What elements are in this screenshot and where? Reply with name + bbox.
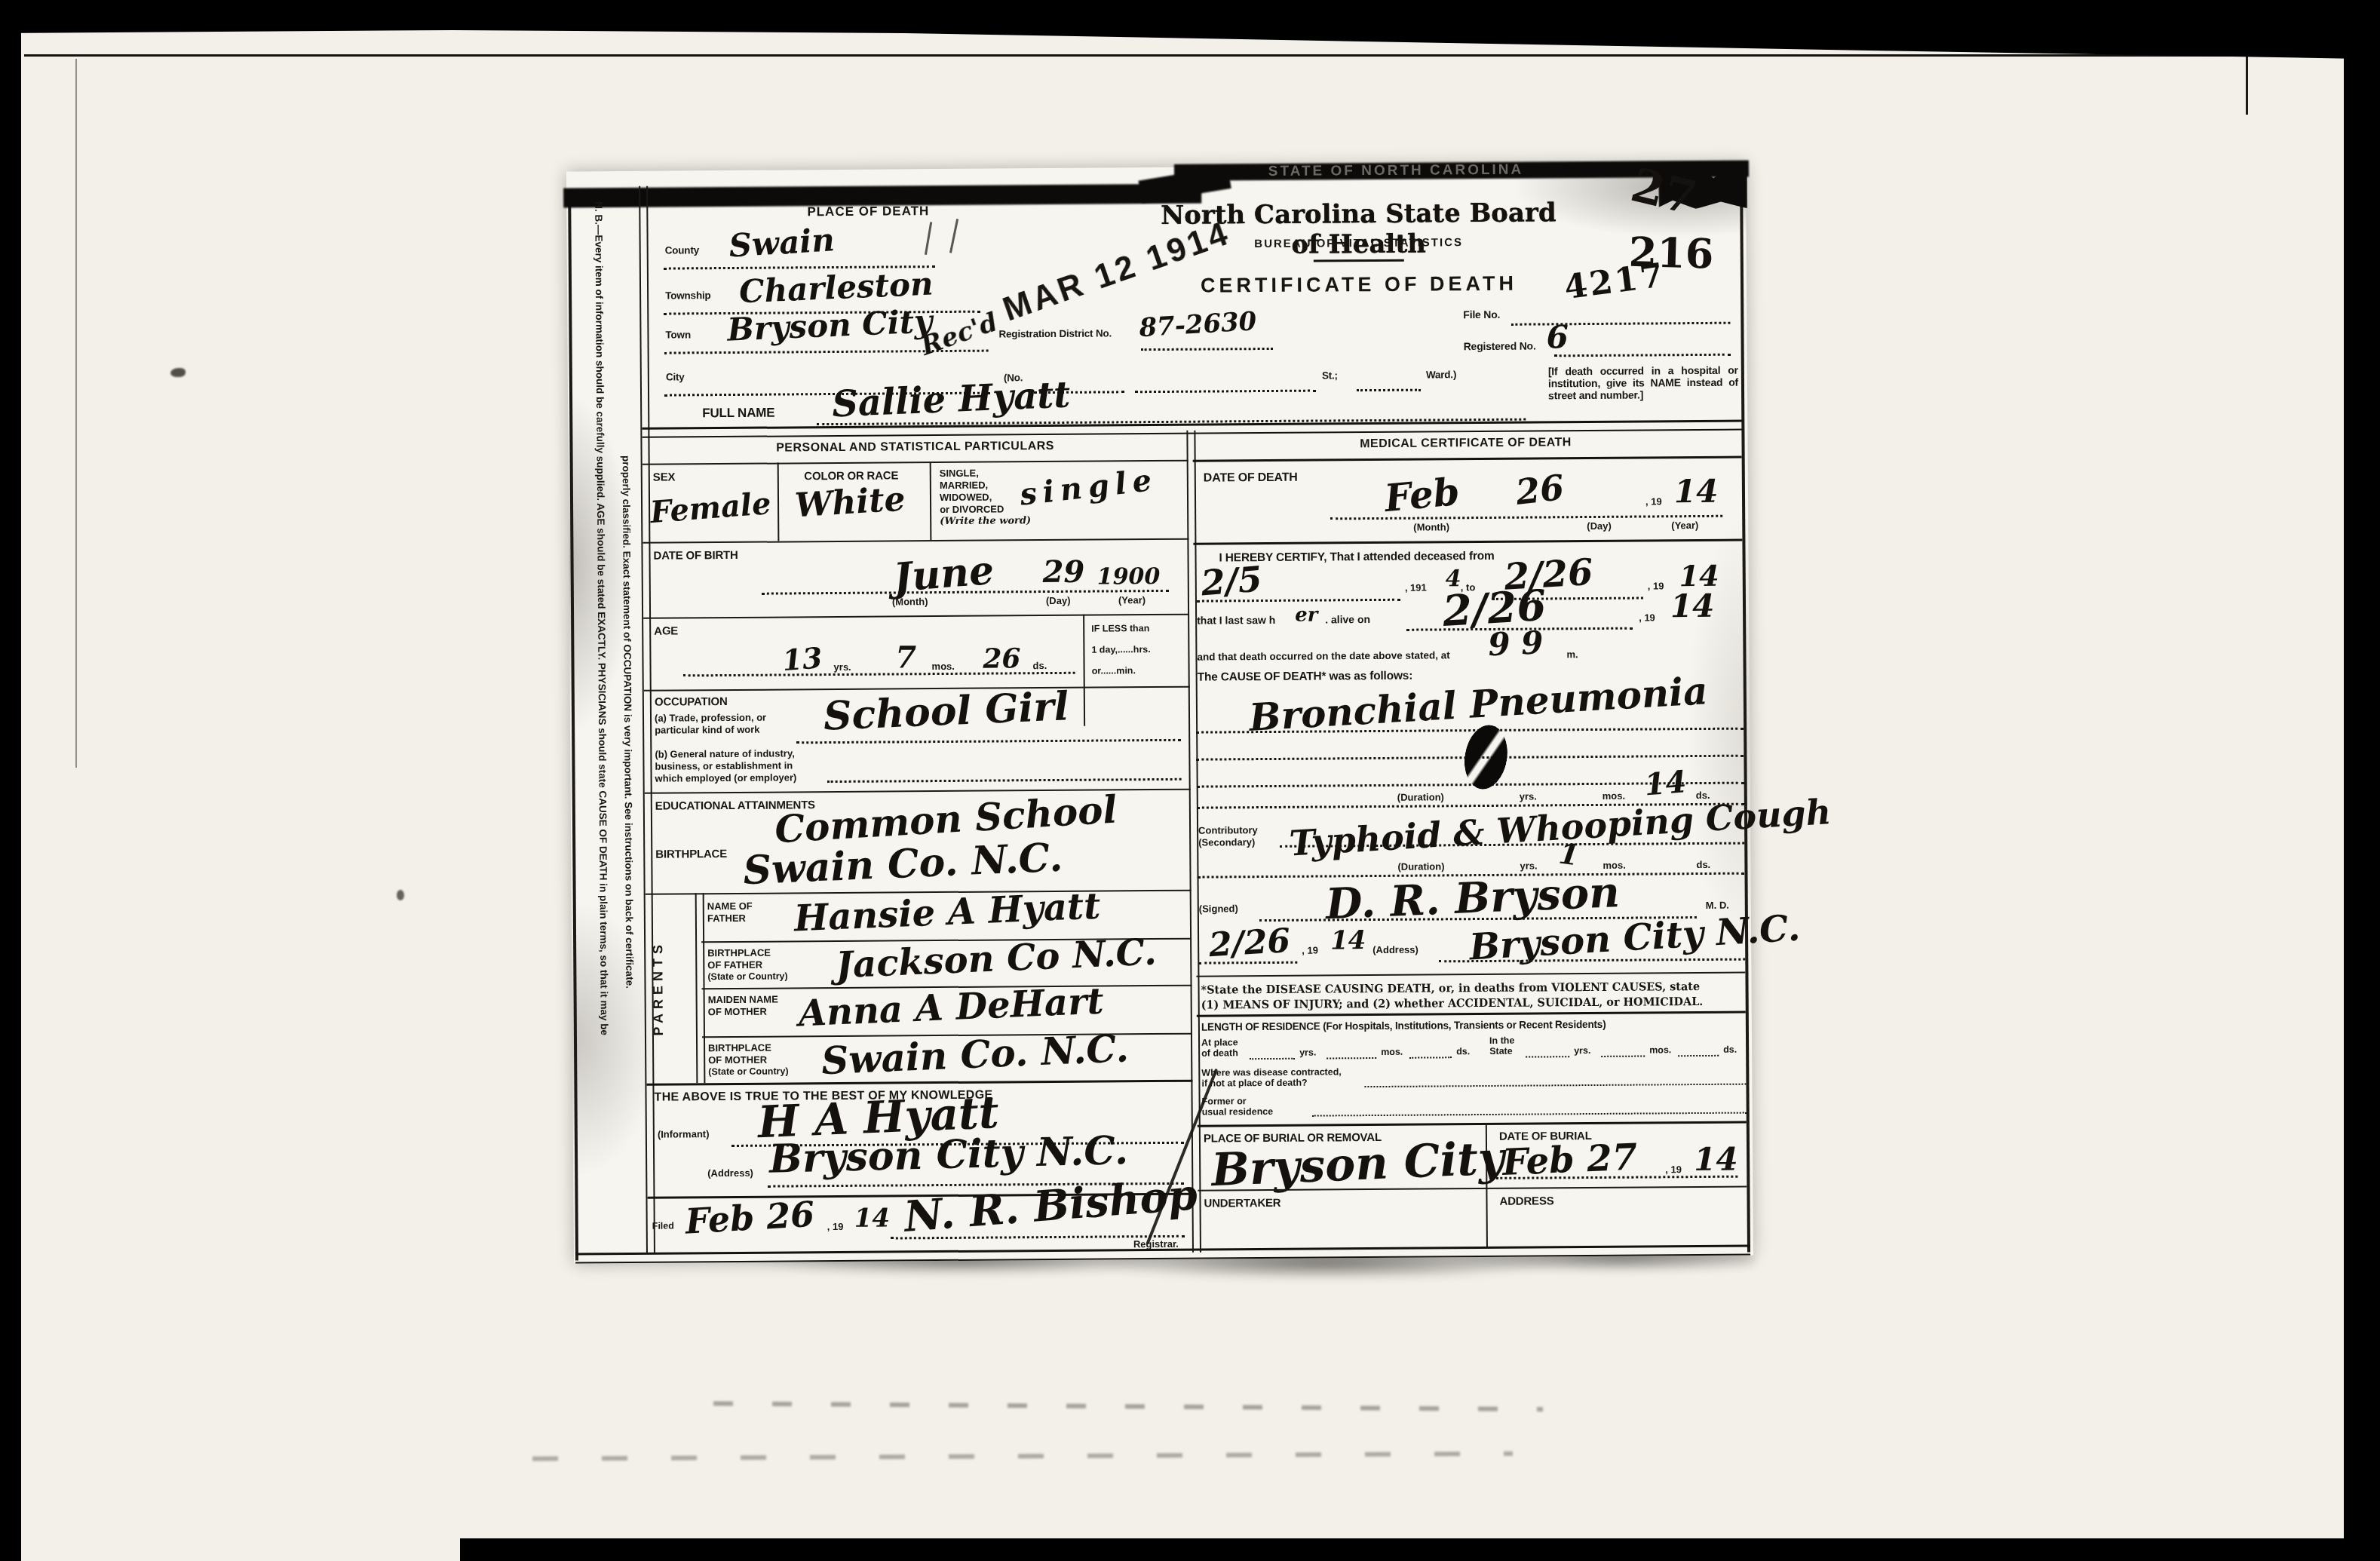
attended-from-value: 2/5 — [1200, 561, 1263, 600]
county-label: County — [665, 244, 699, 256]
signed-address-label: (Address) — [1372, 944, 1418, 955]
parents-label: PARENTS — [650, 893, 697, 1083]
signed-label: (Signed) — [1199, 903, 1238, 914]
ink-speck — [170, 368, 186, 377]
father-name-value: Hansie A Hyatt — [793, 888, 1101, 937]
age-yrs-label: yrs. — [834, 661, 851, 673]
occupation-label: OCCUPATION — [655, 695, 728, 709]
personal-box-top — [643, 460, 1188, 465]
parents-box-bottom — [646, 1080, 1192, 1086]
signed-year-prefix: , 19 — [1302, 945, 1318, 956]
sex-cell-divider — [777, 463, 780, 541]
dob-day: 29 — [1043, 557, 1085, 587]
burial-year-prefix: , 19 — [1665, 1164, 1682, 1175]
margin-note: N. B.—Every item of information should b… — [574, 201, 645, 1243]
occupation-a-line — [796, 739, 1181, 744]
marital-label-3: WIDOWED, — [940, 492, 992, 503]
mother-birthplace-value: Swain Co. N.C. — [820, 1029, 1129, 1080]
res-dots — [1601, 1056, 1645, 1057]
signed-section-line — [1196, 972, 1745, 977]
where-contracted-line — [1364, 1084, 1746, 1088]
age-line — [683, 672, 1075, 677]
if-less-line3: or......min. — [1092, 665, 1136, 676]
frame-number-small: 4217 — [1562, 256, 1667, 307]
residence-section-line — [1198, 1121, 1747, 1127]
age-months-value: 7 — [895, 642, 916, 673]
full-name-value: Sallie Hyatt — [831, 376, 1071, 422]
township-label: Township — [665, 290, 710, 301]
mother-name-label-1: MAIDEN NAME — [708, 994, 778, 1006]
file-no-label: File No. — [1463, 308, 1500, 320]
father-birthplace-label-1: BIRTHPLACE — [707, 947, 771, 959]
informant-label: (Informant) — [658, 1128, 710, 1139]
ink-speck — [397, 890, 404, 900]
signed-date-line — [1199, 961, 1297, 965]
dob-sub-day: (Day) — [1046, 595, 1071, 606]
birthplace-label: BIRTHPLACE — [655, 848, 727, 861]
if-less-divider — [1083, 615, 1085, 726]
mother-birthplace-label-3: (State or Country) — [708, 1066, 788, 1078]
at-place-label-2: of death — [1201, 1047, 1238, 1059]
color-race-value: White — [794, 483, 906, 523]
state-heading-ghost: STATE OF NORTH CAROLINA — [1230, 161, 1562, 180]
last-saw-fill: er — [1295, 606, 1317, 625]
undertaker-address-label: ADDRESS — [1499, 1195, 1553, 1208]
occupation-b-line1: (b) General nature of industry, — [655, 747, 794, 759]
signed-year-value: 14 — [1330, 928, 1366, 953]
marital-label-4: or DIVORCED — [940, 503, 1004, 515]
registered-no-line — [1554, 354, 1731, 357]
place-of-death-heading: PLACE OF DEATH — [657, 203, 1079, 221]
dod-sub-month: (Month) — [1413, 521, 1449, 532]
occupation-a-value: School Girl — [823, 687, 1069, 737]
marital-cell-divider — [930, 462, 932, 540]
footnote-section-line — [1197, 1011, 1746, 1017]
occupation-b-line — [827, 778, 1182, 783]
dob-sub-month: (Month) — [892, 596, 928, 607]
contributory-label-2: (Secondary) — [1198, 836, 1255, 848]
in-state-label-2: State — [1489, 1046, 1513, 1057]
cause-duration-yrs: yrs. — [1520, 791, 1537, 802]
res-dots — [1326, 1057, 1376, 1059]
at-place-yrs: yrs. — [1299, 1047, 1316, 1059]
md-label: M. D. — [1706, 900, 1729, 911]
contrib-duration-label: (Duration) — [1397, 860, 1444, 872]
row-line — [643, 538, 1188, 544]
ward-line — [1357, 389, 1421, 392]
if-less-line1: IF LESS than — [1091, 623, 1149, 635]
full-name-label: FULL NAME — [702, 406, 774, 422]
birthplace-value: Swain Co. N.C. — [742, 839, 1063, 891]
personal-section-title: PERSONAL AND STATISTICAL PARTICULARS — [651, 439, 1179, 456]
mother-name-label-2: OF MOTHER — [708, 1006, 767, 1018]
death-certificate: STATE OF NORTH CAROLINA N. B.—Every item… — [566, 164, 1753, 1264]
pen-tick — [925, 222, 932, 255]
at-place-label-1: At place — [1201, 1037, 1238, 1048]
film-border-right — [2344, 0, 2380, 1561]
res-dots — [1409, 1057, 1452, 1058]
in-state-ds: ds. — [1723, 1044, 1737, 1056]
filed-year-value: 14 — [854, 1206, 891, 1231]
hospital-note: [If death occurred in a hospital or inst… — [1548, 364, 1738, 402]
burial-year-value: 14 — [1694, 1144, 1738, 1176]
footnote-line2: (1) MEANS OF INJURY; and (2) whether ACC… — [1201, 995, 1704, 1012]
certificate-title: CERTIFICATE OF DEATH — [1185, 272, 1532, 298]
microfilm-scan: { "film": { "stamp": {"prefix": "Rec'd",… — [0, 0, 2380, 1561]
date-of-death-day: 26 — [1514, 470, 1566, 510]
former-residence-label-2: usual residence — [1202, 1106, 1274, 1118]
former-residence-line — [1312, 1112, 1747, 1117]
registered-no-value: 6 — [1546, 321, 1569, 353]
age-label: AGE — [654, 624, 678, 637]
street-label: St.; — [1322, 370, 1338, 381]
father-birthplace-label-2: OF FATHER — [707, 959, 762, 971]
filed-label: Filed — [652, 1221, 674, 1232]
informant-address-label: (Address) — [707, 1167, 753, 1179]
dod-sub-year: (Year) — [1671, 520, 1698, 531]
death-hour-prefix: and that death occurred on the date abov… — [1197, 649, 1449, 662]
file-no-line — [1511, 322, 1730, 326]
city-label: City — [666, 371, 685, 382]
mother-birthplace-label-2: OF MOTHER — [708, 1054, 767, 1066]
township-value: Charleston — [738, 268, 934, 308]
age-years-value: 13 — [781, 643, 823, 675]
dod-section-line — [1193, 539, 1742, 545]
in-state-yrs: yrs. — [1574, 1045, 1590, 1057]
marital-hint: (Write the word) — [940, 515, 1031, 527]
registrar-label: Registrar. — [1133, 1238, 1179, 1250]
film-streak — [713, 1401, 1543, 1412]
in-state-mos: mos. — [1649, 1044, 1671, 1056]
undertaker-label: UNDERTAKER — [1204, 1197, 1280, 1210]
death-hour-value: 9 9 — [1488, 627, 1544, 661]
frame-number-corner: 27 — [1627, 161, 1701, 222]
contrib-duration-ds: ds. — [1696, 859, 1710, 870]
mother-birthplace-label-1: BIRTHPLACE — [708, 1042, 771, 1054]
dod-sub-day: (Day) — [1587, 520, 1612, 532]
informant-address-value: Bryson City N.C. — [769, 1131, 1129, 1179]
cause-duration-label: (Duration) — [1397, 791, 1444, 802]
res-dots — [1250, 1058, 1295, 1060]
last-saw-suffix: . alive on — [1325, 614, 1370, 625]
date-of-death-year-prefix: , 19 — [1645, 495, 1662, 507]
ink-blot — [1460, 722, 1513, 793]
marital-label-1: SINGLE, — [940, 468, 979, 479]
if-less-line2: 1 day,......hrs. — [1091, 644, 1150, 656]
film-border-left — [0, 0, 21, 1561]
street-line — [1135, 390, 1316, 394]
contrib-duration-yrs: yrs. — [1520, 860, 1537, 872]
registration-district-line — [1141, 348, 1273, 351]
pen-tick — [949, 219, 958, 253]
burial-date-value: Feb 27 — [1501, 1139, 1638, 1180]
margin-note-line1: N. B.—Every item of information should b… — [593, 201, 612, 1242]
cause-duration-days-value: 14 — [1643, 767, 1688, 800]
registration-district-label: Registration District No. — [998, 327, 1112, 339]
res-dots — [1678, 1055, 1719, 1057]
at-place-ds: ds. — [1456, 1046, 1470, 1057]
occupation-a-line2: particular kind of work — [655, 724, 760, 736]
marital-label-2: MARRIED, — [940, 480, 988, 491]
town-label: Town — [665, 329, 691, 340]
residence-title: LENGTH OF RESIDENCE (For Hospitals, Inst… — [1201, 1018, 1606, 1033]
occupation-a-line1: (a) Trade, profession, or — [655, 712, 766, 724]
father-birthplace-label-3: (State or Country) — [707, 971, 787, 983]
mother-name-value: Anna A DeHart — [798, 983, 1105, 1032]
registration-district-value: 87-2630 — [1139, 308, 1258, 341]
cause-of-death-label: The CAUSE OF DEATH* was as follows: — [1198, 670, 1413, 685]
age-days-value: 26 — [983, 645, 1020, 672]
where-contracted-label-2: if not at place of death? — [1201, 1078, 1307, 1090]
ward-label: Ward.) — [1426, 369, 1456, 380]
attended-year2: 14 — [1679, 562, 1719, 590]
age-ds-label: ds. — [1033, 660, 1047, 671]
father-name-label-1: NAME OF — [707, 900, 753, 912]
row-line — [643, 614, 1189, 619]
date-of-death-month: Feb — [1383, 473, 1461, 517]
dob-year: 1900 — [1097, 566, 1161, 589]
last-saw-year-prefix: , 19 — [1639, 612, 1655, 623]
age-mos-label: mos. — [932, 661, 955, 672]
in-state-label-1: In the — [1489, 1035, 1514, 1047]
cause-duration-mos: mos. — [1603, 790, 1625, 802]
filed-date-value: Feb 26 — [684, 1197, 815, 1239]
attended-year2-prefix: , 19 — [1648, 580, 1664, 591]
page-left-margin-line — [75, 59, 77, 768]
registered-no-label: Registered No. — [1464, 340, 1536, 353]
attended-year1-prefix: , 191 — [1405, 582, 1427, 593]
town-value: Bryson City — [727, 305, 934, 345]
page-frame-line-top — [24, 54, 2250, 57]
sex-value: Female — [649, 489, 772, 528]
at-place-mos: mos. — [1381, 1047, 1403, 1058]
date-of-death-label: DATE OF DEATH — [1204, 471, 1298, 486]
dob-sub-year: (Year) — [1118, 594, 1146, 606]
res-dots — [1526, 1056, 1569, 1057]
last-saw-prefix: that I last saw h — [1197, 615, 1275, 627]
occupation-b-line2: business, or establishment in — [655, 759, 793, 771]
medical-box-top — [1193, 456, 1742, 462]
occupation-b-line3: which employed (or employer) — [655, 771, 797, 784]
medical-section-title: MEDICAL CERTIFICATE OF DEATH — [1201, 435, 1729, 452]
bureau-rule — [1314, 259, 1404, 262]
footnote-line1: *State the DISEASE CAUSING DEATH, or, in… — [1201, 980, 1700, 997]
marital-value: single — [1018, 465, 1159, 511]
sex-label: SEX — [653, 471, 676, 483]
burial-place-value: Bryson City — [1210, 1136, 1505, 1193]
filed-year-prefix: , 19 — [827, 1221, 844, 1232]
last-saw-year: 14 — [1670, 590, 1715, 622]
signed-date-value: 2/26 — [1208, 925, 1291, 962]
dob-label: DATE OF BIRTH — [653, 549, 738, 563]
death-hour-suffix: m. — [1566, 649, 1578, 660]
contrib-duration-months-value: 1 — [1557, 839, 1581, 870]
parents-label-strip: PARENTS — [650, 893, 697, 1083]
film-border-bottom — [460, 1538, 2380, 1561]
county-value: Swain — [728, 224, 836, 262]
contributory-label-1: Contributory — [1198, 824, 1258, 836]
attended-from-line — [1197, 599, 1400, 603]
date-of-death-year: 14 — [1674, 476, 1719, 508]
film-streak — [532, 1452, 1513, 1461]
margin-note-line2: properly classified. Exact statement of … — [618, 201, 637, 1242]
father-name-label-2: FATHER — [707, 912, 746, 924]
